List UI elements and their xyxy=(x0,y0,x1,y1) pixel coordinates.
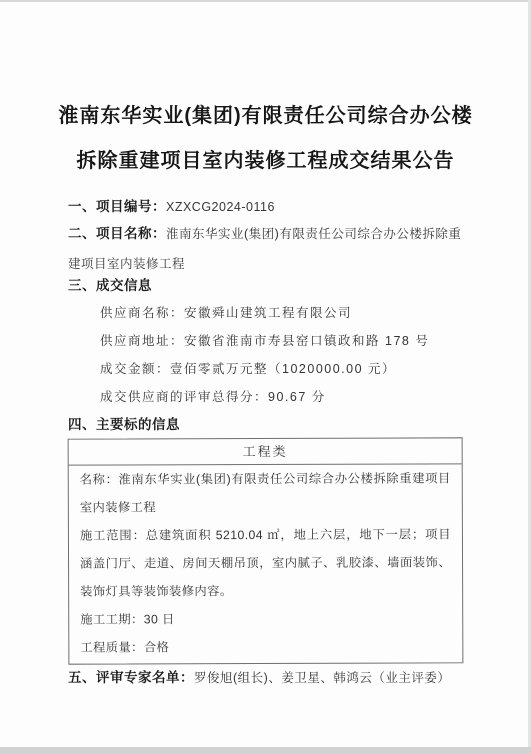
review-score-value: 90.67 分 xyxy=(268,390,326,404)
table-row-scope: 施工范围：总建筑面积 5210.04 ㎡，地上六层，地下一层；项目涵盖门厅、走道… xyxy=(80,520,451,605)
experts-value: 罗俊旭(组长)、姜卫星、韩鸿云（业主评委） xyxy=(194,671,450,685)
supplier-name-value: 安徽舜山建筑工程有限公司 xyxy=(184,306,352,320)
review-score-row: 成交供应商的评审总得分：90.67 分 xyxy=(100,383,500,411)
subject-table-header-cell: 工程类 xyxy=(69,438,462,465)
supplier-name-label: 供应商名称： xyxy=(100,306,184,320)
scanned-document-page: 淮南东华实业(集团)有限责任公司综合办公楼 拆除重建项目室内装修工程成交结果公告… xyxy=(0,0,531,754)
deal-info-heading-label: 三、成交信息 xyxy=(68,278,152,293)
deal-info-detail-list: 供应商名称：安徽舜山建筑工程有限公司 供应商地址：安徽省淮南市寿县窑口镇政和路 … xyxy=(100,299,500,411)
scan-edge-top xyxy=(0,0,531,2)
document-title-line-1: 淮南东华实业(集团)有限责任公司综合办公楼 xyxy=(0,99,531,128)
table-row-duration: 施工工期：30 日 xyxy=(80,604,451,633)
section-project-number: 一、项目编号：XZXCG2024-0116 xyxy=(68,193,275,221)
section-deal-info-heading: 三、成交信息 xyxy=(68,272,152,300)
supplier-address-label: 供应商地址： xyxy=(100,334,184,348)
project-number-value: XZXCG2024-0116 xyxy=(166,200,275,214)
review-score-label: 成交供应商的评审总得分： xyxy=(100,390,268,404)
document-title-line-2: 拆除重建项目室内装修工程成交结果公告 xyxy=(0,144,531,173)
project-name-label: 二、项目名称： xyxy=(68,226,166,241)
supplier-address-value: 安徽省淮南市寿县窑口镇政和路 178 号 xyxy=(184,334,429,348)
table-row-name: 名称：淮南东华实业(集团)有限责任公司综合办公楼拆除重建项目室内装修工程 xyxy=(80,464,451,521)
subject-info-table: 工程类 名称：淮南东华实业(集团)有限责任公司综合办公楼拆除重建项目室内装修工程… xyxy=(68,437,464,664)
deal-amount-row: 成交金额：壹佰零贰万元整（1020000.00 元） xyxy=(100,355,500,383)
project-number-label: 一、项目编号： xyxy=(68,199,166,214)
subject-table-body: 名称：淮南东华实业(集团)有限责任公司综合办公楼拆除重建项目室内装修工程 施工范… xyxy=(69,464,463,663)
section-subject-info-heading: 四、主要标的信息 xyxy=(68,411,180,439)
subject-info-heading-label: 四、主要标的信息 xyxy=(68,417,180,432)
scan-edge-bottom xyxy=(0,747,531,754)
supplier-address-row: 供应商地址：安徽省淮南市寿县窑口镇政和路 178 号 xyxy=(100,327,500,355)
deal-amount-value: 壹佰零贰万元整（1020000.00 元） xyxy=(170,362,396,376)
deal-amount-label: 成交金额： xyxy=(100,362,170,376)
supplier-name-row: 供应商名称：安徽舜山建筑工程有限公司 xyxy=(100,299,500,327)
section-project-name: 二、项目名称：淮南东华实业(集团)有限责任公司综合办公楼拆除重建项目室内装修工程 xyxy=(68,219,474,279)
section-experts: 五、评审专家名单：罗俊旭(组长)、姜卫星、韩鸿云（业主评委） xyxy=(68,664,508,692)
table-row-quality: 工程质量：合格 xyxy=(80,632,451,661)
experts-label: 五、评审专家名单： xyxy=(68,670,194,685)
